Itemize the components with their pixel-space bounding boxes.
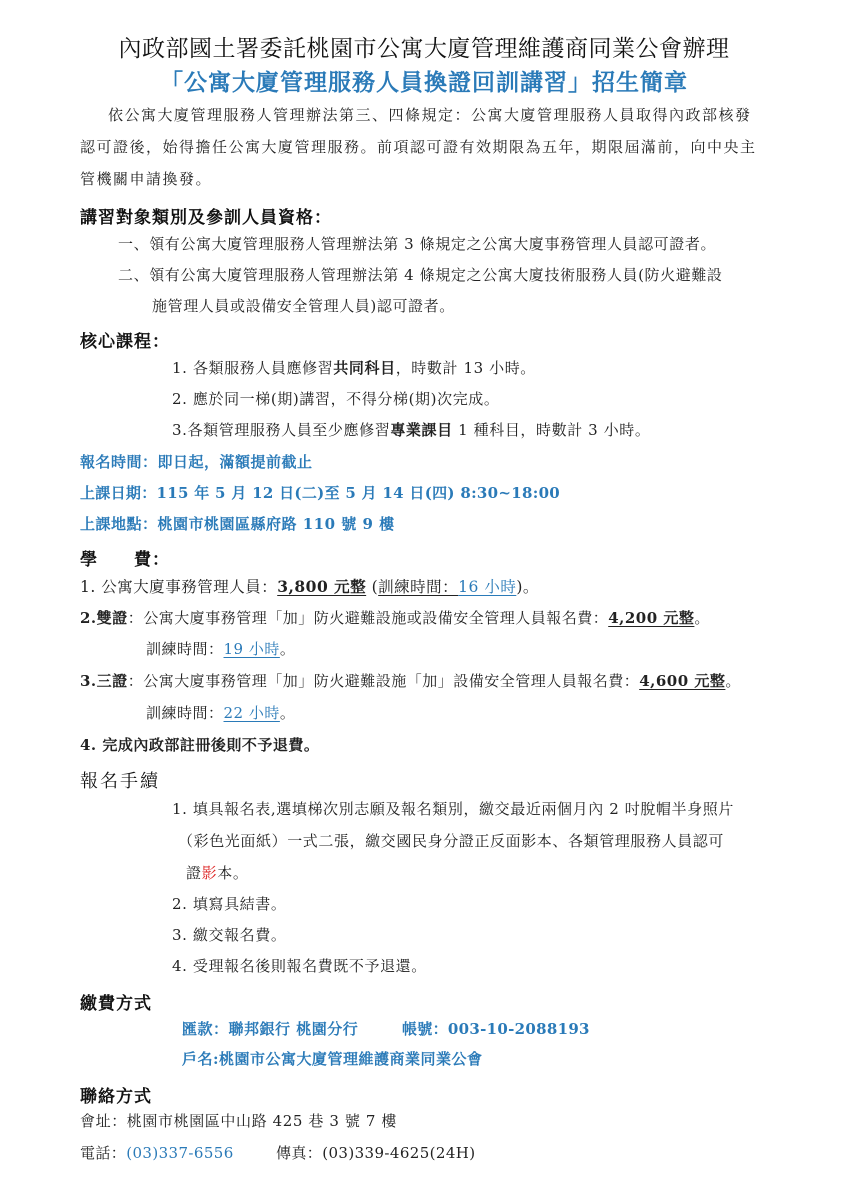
procedure-item-1-line-3-highlight: 影 [202,864,218,882]
payment-account-number: 帳號：003-10-2088193 [402,1022,590,1037]
contact-address: 會址：桃園市桃園區中山路 425 巷 3 號 7 樓 [80,1114,397,1129]
fee-item-3-desc: ：公寓大廈事務管理「加」防火避難設施「加」設備安全管理人員報名費： [128,672,640,690]
fee-item-1-hours: 16 小時 [458,578,516,596]
fee-item-3: 3.三證：公寓大廈事務管理「加」防火避難設施「加」設備安全管理人員報名費：4,6… [80,674,741,689]
document-page: 內政部國土署委託桃園市公寓大廈管理維護商同業公會辦理 「公寓大廈管理服務人員換證… [0,0,848,1200]
contact-phone-number[interactable]: (03)337-6556 [126,1144,233,1162]
fee-item-3-num: 3. [80,672,97,690]
core-course-item-3-pre: 3.各類管理服務人員至少應修習 [172,421,390,439]
core-course-item-3-bold: 專業課目 [390,421,452,439]
contact-phone-line: 電話：(03)337-6556 [80,1146,234,1161]
procedure-item-3: 3. 繳交報名費。 [172,928,286,943]
fee-item-1-hours-label: 訓練時間： [378,578,458,596]
payment-account-name: 戶名:桃園市公寓大廈管理維護商業同業公會 [182,1052,483,1067]
eligibility-item-1: 一、領有公寓大廈管理服務人管理辦法第 3 條規定之公寓大廈事務管理人員認可證者。 [118,237,716,252]
fee-item-3-hours-label: 訓練時間： [146,704,224,722]
fee-item-2-hours-label: 訓練時間： [146,640,224,658]
fee-item-3-hours-end: 。 [280,704,296,722]
fee-item-1-paren-close: )。 [516,578,539,596]
fee-item-2-hours: 19 小時 [224,640,280,658]
class-date: 上課日期：115 年 5 月 12 日(二)至 5 月 14 日(四) 8:30… [80,486,560,501]
fee-item-3-hours-line: 訓練時間：22 小時。 [146,706,295,721]
core-course-item-3-post: 1 種科目，時數計 3 小時。 [453,421,651,439]
procedure-item-1-line-1: 1. 填具報名表,選填梯次別志願及報名類別，繳交最近兩個月內 2 吋脫帽半身照片 [172,802,734,817]
eligibility-heading: 講習對象類別及參訓人員資格： [80,203,332,228]
page-title-course: 「公寓大廈管理服務人員換證回訓講習」招生簡章 [0,64,848,97]
core-course-item-1: 1. 各類服務人員應修習共同科目，時數計 13 小時。 [172,361,536,376]
intro-line-3: 管機關申請換發。 [80,172,212,187]
contact-phone-label: 電話： [80,1144,126,1162]
fees-heading: 學 費： [80,545,170,570]
fee-item-2: 2.雙證：公寓大廈事務管理「加」防火避難設施或設備安全管理人員報名費：4,200… [80,611,710,626]
eligibility-item-2: 二、領有公寓大廈管理服務人管理辦法第 4 條規定之公寓大廈技術服務人員(防火避難… [118,268,723,283]
fee-item-2-hours-line: 訓練時間：19 小時。 [146,642,295,657]
procedure-item-1-line-3-post: 本。 [217,864,248,882]
fee-item-2-end: 。 [694,609,710,627]
procedure-item-1-line-3: 證影本。 [186,866,248,881]
core-course-heading: 核心課程： [80,327,170,352]
contact-heading: 聯絡方式 [80,1082,152,1107]
page-title-organizer: 內政部國土署委託桃園市公寓大廈管理維護商同業公會辦理 [0,30,848,63]
core-course-item-3: 3.各類管理服務人員至少應修習專業課目 1 種科目，時數計 3 小時。 [172,423,651,438]
fee-item-1-label: 1. 公寓大廈事務管理人員： [80,578,277,596]
intro-line-2: 認可證後，始得擔任公寓大廈管理服務。前項認可證有效期限為五年，期限屆滿前，向中央… [80,140,757,155]
fee-item-1: 1. 公寓大廈事務管理人員：3,800 元整 (訓練時間：16 小時)。 [80,579,539,595]
fee-item-3-end: 。 [725,672,741,690]
core-course-item-1-pre: 1. 各類服務人員應修習 [172,359,333,377]
procedure-item-1-line-2: （彩色光面紙）一式二張，繳交國民身分證正反面影本、各類管理服務人員認可 [178,834,724,849]
class-location: 上課地點：桃園市桃園區縣府路 110 號 9 樓 [80,517,395,532]
eligibility-item-2-cont: 施管理人員或設備安全管理人員)認可證者。 [152,299,455,314]
registration-procedure-heading: 報名手續 [80,767,160,793]
procedure-item-2: 2. 填寫具結書。 [172,897,286,912]
procedure-item-1-line-3-pre: 證 [186,864,202,882]
fee-item-1-amount: 3,800 元整 [277,577,366,596]
fee-item-2-num: 2. [80,609,97,627]
registration-period: 報名時間：即日起，滿額提前截止 [80,455,313,470]
intro-line-1: 依公寓大廈管理服務人管理辦法第三、四條規定：公寓大廈管理服務人員取得內政部核發 [108,108,752,123]
fee-item-2-desc: ：公寓大廈事務管理「加」防火避難設施或設備安全管理人員報名費： [128,609,609,627]
core-course-item-1-bold: 共同科目 [333,359,395,377]
payment-heading: 繳費方式 [80,989,152,1014]
fee-item-3-hours: 22 小時 [224,704,280,722]
payment-remit-bank: 匯款：聯邦銀行 桃園分行 [182,1022,358,1037]
fee-item-3-type: 三證 [97,672,128,690]
fee-item-2-type: 雙證 [97,609,128,627]
fee-item-2-hours-end: 。 [280,640,296,658]
fee-item-4-refund-policy: 4. 完成內政部註冊後則不予退費。 [80,738,319,753]
core-course-item-1-post: ，時數計 13 小時。 [396,359,536,377]
fee-item-2-amount: 4,200 元整 [608,609,694,627]
fee-item-3-amount: 4,600 元整 [639,672,725,690]
core-course-item-2: 2. 應於同一梯(期)講習，不得分梯(期)次完成。 [172,392,500,407]
procedure-item-4: 4. 受理報名後則報名費既不予退還。 [172,959,427,974]
contact-fax: 傳真：(03)339-4625(24H) [276,1146,476,1161]
